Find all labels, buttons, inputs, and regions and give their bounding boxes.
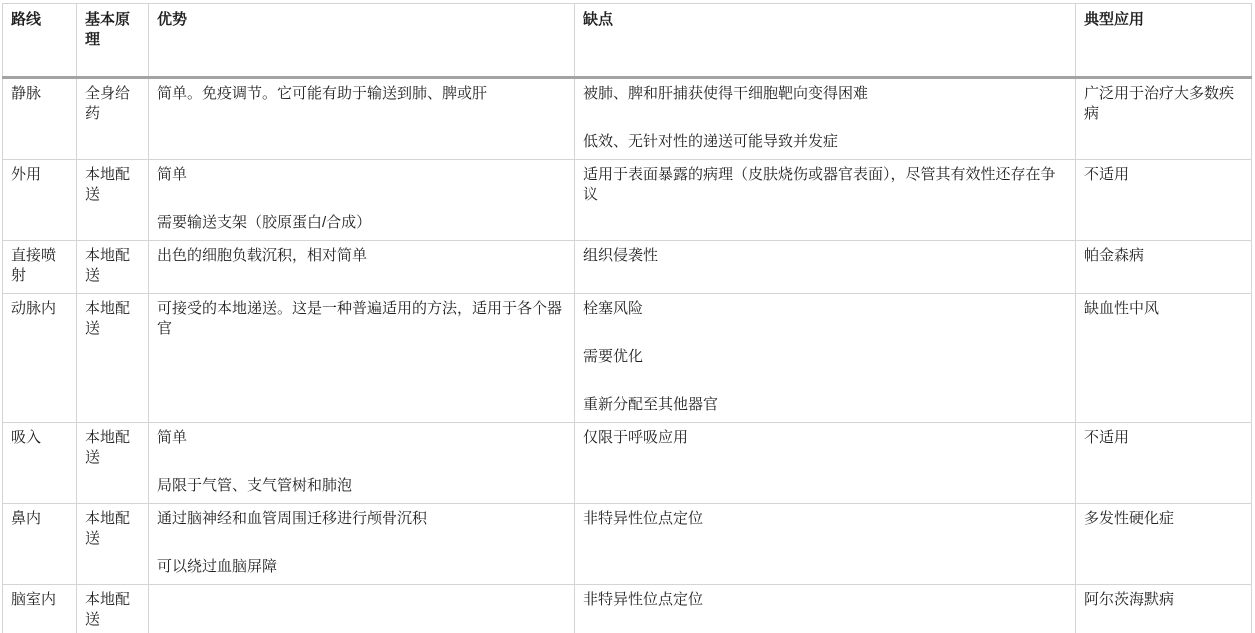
cell-paragraph: 需要输送支架（胶原蛋白/合成） (157, 213, 566, 233)
cell-paragraph: 简单。免疫调节。它可能有助于输送到肺、脾或肝 (157, 84, 566, 104)
cell-paragraph: 广泛用于治疗大多数疾病 (1084, 84, 1243, 124)
col-header-rationale: 基本原理 (77, 4, 149, 78)
cell-paragraph: 被肺、脾和肝捕获使得干细胞靶向变得困难 (583, 84, 1067, 104)
cell-paragraph: 帕金森病 (1084, 246, 1243, 266)
page: 路线基本原理优势缺点典型应用 静脉全身给药简单。免疫调节。它可能有助于输送到肺、… (0, 0, 1255, 633)
cell-paragraph: 重新分配至其他器官 (583, 395, 1067, 415)
table-row: 脑室内本地配送非特异性位点定位阿尔茨海默病 (3, 585, 1252, 633)
cell-advantages: 简单。免疫调节。它可能有助于输送到肺、脾或肝 (149, 78, 575, 160)
cell-route: 动脉内 (3, 294, 77, 423)
delivery-routes-table: 路线基本原理优势缺点典型应用 静脉全身给药简单。免疫调节。它可能有助于输送到肺、… (2, 3, 1252, 633)
cell-route: 脑室内 (3, 585, 77, 633)
cell-paragraph: 非特异性位点定位 (583, 590, 1067, 610)
col-header-advantages: 优势 (149, 4, 575, 78)
cell-advantages: 简单局限于气管、支气管树和肺泡 (149, 423, 575, 504)
cell-rationale: 本地配送 (77, 504, 149, 585)
cell-disadvantages: 栓塞风险需要优化重新分配至其他器官 (575, 294, 1076, 423)
cell-disadvantages: 非特异性位点定位 (575, 585, 1076, 633)
cell-paragraph: 出色的细胞负载沉积，相对简单 (157, 246, 566, 266)
cell-disadvantages: 适用于表面暴露的病理（皮肤烧伤或器官表面），尽管其有效性还存在争议 (575, 160, 1076, 241)
cell-advantages: 可接受的本地递送。这是一种普遍适用的方法，适用于各个器官 (149, 294, 575, 423)
table-body: 静脉全身给药简单。免疫调节。它可能有助于输送到肺、脾或肝被肺、脾和肝捕获使得干细… (3, 78, 1252, 633)
cell-rationale: 本地配送 (77, 241, 149, 294)
cell-applications: 不适用 (1076, 423, 1252, 504)
cell-rationale: 本地配送 (77, 160, 149, 241)
cell-paragraph: 可接受的本地递送。这是一种普遍适用的方法，适用于各个器官 (157, 299, 566, 339)
cell-paragraph: 不适用 (1084, 165, 1243, 185)
cell-rationale: 全身给药 (77, 78, 149, 160)
cell-rationale: 本地配送 (77, 585, 149, 633)
table-row: 外用本地配送简单需要输送支架（胶原蛋白/合成）适用于表面暴露的病理（皮肤烧伤或器… (3, 160, 1252, 241)
col-header-applications: 典型应用 (1076, 4, 1252, 78)
cell-paragraph: 可以绕过血脑屏障 (157, 557, 566, 577)
table-row: 直接喷射本地配送出色的细胞负载沉积，相对简单组织侵袭性帕金森病 (3, 241, 1252, 294)
cell-applications: 多发性硬化症 (1076, 504, 1252, 585)
cell-disadvantages: 组织侵袭性 (575, 241, 1076, 294)
cell-paragraph: 栓塞风险 (583, 299, 1067, 319)
cell-applications: 广泛用于治疗大多数疾病 (1076, 78, 1252, 160)
table-header: 路线基本原理优势缺点典型应用 (3, 4, 1252, 78)
cell-applications: 缺血性中风 (1076, 294, 1252, 423)
cell-paragraph: 多发性硬化症 (1084, 509, 1243, 529)
cell-paragraph: 局限于气管、支气管树和肺泡 (157, 476, 566, 496)
cell-advantages: 出色的细胞负载沉积，相对简单 (149, 241, 575, 294)
cell-paragraph: 简单 (157, 165, 566, 185)
cell-advantages: 简单需要输送支架（胶原蛋白/合成） (149, 160, 575, 241)
header-row: 路线基本原理优势缺点典型应用 (3, 4, 1252, 78)
cell-route: 外用 (3, 160, 77, 241)
table-row: 鼻内本地配送通过脑神经和血管周围迁移进行颅骨沉积可以绕过血脑屏障非特异性位点定位… (3, 504, 1252, 585)
cell-advantages: 通过脑神经和血管周围迁移进行颅骨沉积可以绕过血脑屏障 (149, 504, 575, 585)
cell-disadvantages: 被肺、脾和肝捕获使得干细胞靶向变得困难低效、无针对性的递送可能导致并发症 (575, 78, 1076, 160)
cell-rationale: 本地配送 (77, 294, 149, 423)
cell-paragraph: 适用于表面暴露的病理（皮肤烧伤或器官表面），尽管其有效性还存在争议 (583, 165, 1067, 205)
table-row: 动脉内本地配送可接受的本地递送。这是一种普遍适用的方法，适用于各个器官栓塞风险需… (3, 294, 1252, 423)
cell-disadvantages: 非特异性位点定位 (575, 504, 1076, 585)
cell-paragraph: 需要优化 (583, 347, 1067, 367)
cell-applications: 不适用 (1076, 160, 1252, 241)
cell-paragraph: 组织侵袭性 (583, 246, 1067, 266)
cell-route: 鼻内 (3, 504, 77, 585)
cell-paragraph: 阿尔茨海默病 (1084, 590, 1243, 610)
cell-paragraph: 低效、无针对性的递送可能导致并发症 (583, 132, 1067, 152)
cell-disadvantages: 仅限于呼吸应用 (575, 423, 1076, 504)
cell-advantages (149, 585, 575, 633)
cell-paragraph: 缺血性中风 (1084, 299, 1243, 319)
col-header-route: 路线 (3, 4, 77, 78)
table-row: 吸入本地配送简单局限于气管、支气管树和肺泡仅限于呼吸应用不适用 (3, 423, 1252, 504)
cell-paragraph: 不适用 (1084, 428, 1243, 448)
cell-paragraph: 通过脑神经和血管周围迁移进行颅骨沉积 (157, 509, 566, 529)
cell-paragraph: 简单 (157, 428, 566, 448)
cell-route: 吸入 (3, 423, 77, 504)
cell-applications: 帕金森病 (1076, 241, 1252, 294)
table-row: 静脉全身给药简单。免疫调节。它可能有助于输送到肺、脾或肝被肺、脾和肝捕获使得干细… (3, 78, 1252, 160)
cell-route: 直接喷射 (3, 241, 77, 294)
cell-paragraph: 非特异性位点定位 (583, 509, 1067, 529)
col-header-disadvantages: 缺点 (575, 4, 1076, 78)
cell-paragraph: 仅限于呼吸应用 (583, 428, 1067, 448)
cell-rationale: 本地配送 (77, 423, 149, 504)
cell-applications: 阿尔茨海默病 (1076, 585, 1252, 633)
cell-route: 静脉 (3, 78, 77, 160)
